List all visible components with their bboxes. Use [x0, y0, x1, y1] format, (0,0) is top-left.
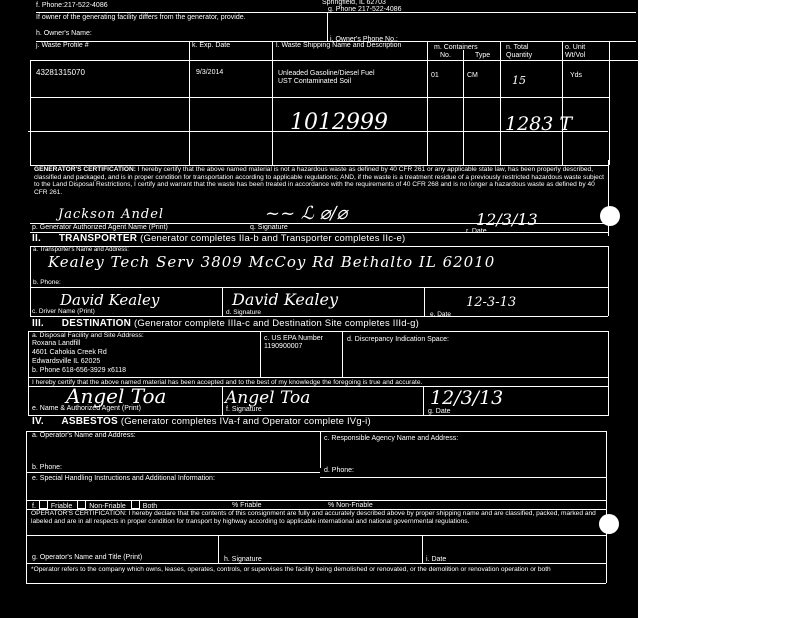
- generator-date: 12/3/13: [476, 210, 538, 229]
- col-containers-type: Type: [475, 52, 490, 60]
- col-description: l. Waste Shipping Name and Description: [276, 42, 426, 50]
- agency-label: c. Responsible Agency Name and Address:: [324, 435, 458, 443]
- destination-section-number: III.: [32, 318, 44, 329]
- destination-section-subtitle: (Generator complete IIIa-c and Destinati…: [134, 318, 419, 329]
- discrepancy-label: d. Discrepancy Indication Space:: [347, 336, 449, 344]
- asbestos-section-title: ASBESTOS: [61, 416, 117, 427]
- description-line-1: Unleaded Gasoline/Diesel Fuel: [278, 70, 375, 78]
- transporter-date-label: e. Date: [430, 311, 451, 319]
- friable-checkbox[interactable]: [39, 500, 48, 509]
- generator-signature-label: q. Signature: [250, 224, 288, 232]
- destination-agent-label: e. Name & Authorized Agent (Print): [32, 405, 141, 413]
- epa-number-label: c. US EPA Number: [264, 335, 323, 343]
- transporter-section-number: II.: [32, 233, 41, 244]
- operator-certification: OPERATOR'S CERTIFICATION: I hereby decla…: [31, 510, 603, 525]
- generator-phone: f. Phone:217-522-4086: [36, 2, 108, 10]
- agency-phone-label: d. Phone:: [324, 467, 354, 475]
- owner-note: If owner of the generating facility diff…: [36, 14, 246, 22]
- col-total-qty: n. Total Quantity: [506, 44, 546, 60]
- containers-no-value: 01: [431, 72, 439, 80]
- destination-section-header: III. DESTINATION (Generator complete III…: [32, 318, 419, 329]
- driver-signature: David Kealey: [232, 290, 338, 309]
- generator-certification: GENERATOR'S CERTIFICATION: I hereby cert…: [34, 166, 606, 196]
- non-friable-checkbox[interactable]: [77, 500, 86, 509]
- destination-signature-label: f. Signature: [226, 406, 262, 414]
- operator-footnote: *Operator refers to the company which ow…: [31, 566, 601, 574]
- asbestos-section-header: IV. ASBESTOS (Generator completes IVa-f …: [32, 416, 371, 427]
- operator-name-title-label: g. Operator's Name and Title (Print): [32, 554, 142, 562]
- punch-hole: [599, 514, 619, 534]
- punch-hole: [600, 206, 620, 226]
- operator-name-label: a. Operator's Name and Address:: [32, 432, 136, 440]
- destination-date: 12/3/13: [430, 387, 503, 409]
- facility-city: Edwardsville IL 62025: [32, 358, 100, 366]
- exp-date-value: 9/3/2014: [196, 69, 223, 77]
- facility-street: 4601 Cahokia Creek Rd: [32, 349, 107, 357]
- transporter-section-header: II. TRANSPORTER (Generator completes IIa…: [32, 233, 405, 244]
- destination-section-title: DESTINATION: [62, 318, 131, 329]
- waste-profile-number: 43281315070: [36, 68, 85, 77]
- generator-agent-name: Jackson Andel: [58, 207, 164, 222]
- facility-phone: b. Phone 618-656-3929 x6118: [32, 367, 126, 375]
- unit-value: Yds: [570, 72, 582, 80]
- col-waste-profile: j. Waste Profile #: [36, 42, 89, 50]
- total-qty-value: 15: [512, 74, 526, 87]
- col-exp-date: k. Exp. Date: [192, 42, 230, 50]
- col-containers: m. Containers: [434, 44, 478, 52]
- transporter-section-title: TRANSPORTER: [59, 233, 137, 244]
- special-handling-label: e. Special Handling Instructions and Add…: [32, 475, 215, 483]
- generator-agent-label: p. Generator Authorized Agent Name (Prin…: [32, 224, 168, 232]
- col-containers-no: No.: [440, 52, 451, 60]
- asbestos-section-number: IV.: [32, 416, 44, 427]
- col-unit: o. Unit Wt/Vol: [565, 44, 605, 60]
- transporter-name-address: Kealey Tech Serv 3809 McCoy Rd Bethalto …: [48, 253, 495, 271]
- operator-cert-heading: OPERATOR'S CERTIFICATION:: [31, 510, 127, 517]
- transporter-section-subtitle: (Generator completes IIa-b and Transport…: [140, 233, 405, 244]
- destination-signature: Angel Toa: [225, 388, 310, 408]
- transporter-phone-label: b. Phone:: [33, 279, 61, 287]
- containers-type-value: CM: [467, 72, 478, 80]
- scanned-waste-manifest: f. Phone:217-522-4086 Springfield, IL 62…: [0, 0, 638, 618]
- operator-phone-label: b. Phone:: [32, 464, 62, 472]
- driver-name: David Kealey: [60, 291, 159, 309]
- generator-cert-heading: GENERATOR'S CERTIFICATION:: [34, 166, 136, 173]
- driver-name-label: c. Driver Name (Print): [32, 308, 95, 316]
- owner-name-label: h. Owner's Name:: [36, 30, 92, 38]
- facility-name: Roxana Landfill: [32, 340, 80, 348]
- generator-signature: ~~ ℒ ⌀∕⌀: [265, 203, 347, 224]
- description-line-2: UST Contaminated Soil: [278, 78, 351, 86]
- both-checkbox[interactable]: [131, 500, 140, 509]
- transporter-date: 12-3-13: [466, 295, 516, 310]
- asbestos-section-subtitle: (Generator completes IVa-f and Operator …: [121, 416, 371, 427]
- epa-number: 1190900007: [264, 343, 302, 351]
- facility-label: a. Disposal Facility and Site Address:: [32, 332, 144, 340]
